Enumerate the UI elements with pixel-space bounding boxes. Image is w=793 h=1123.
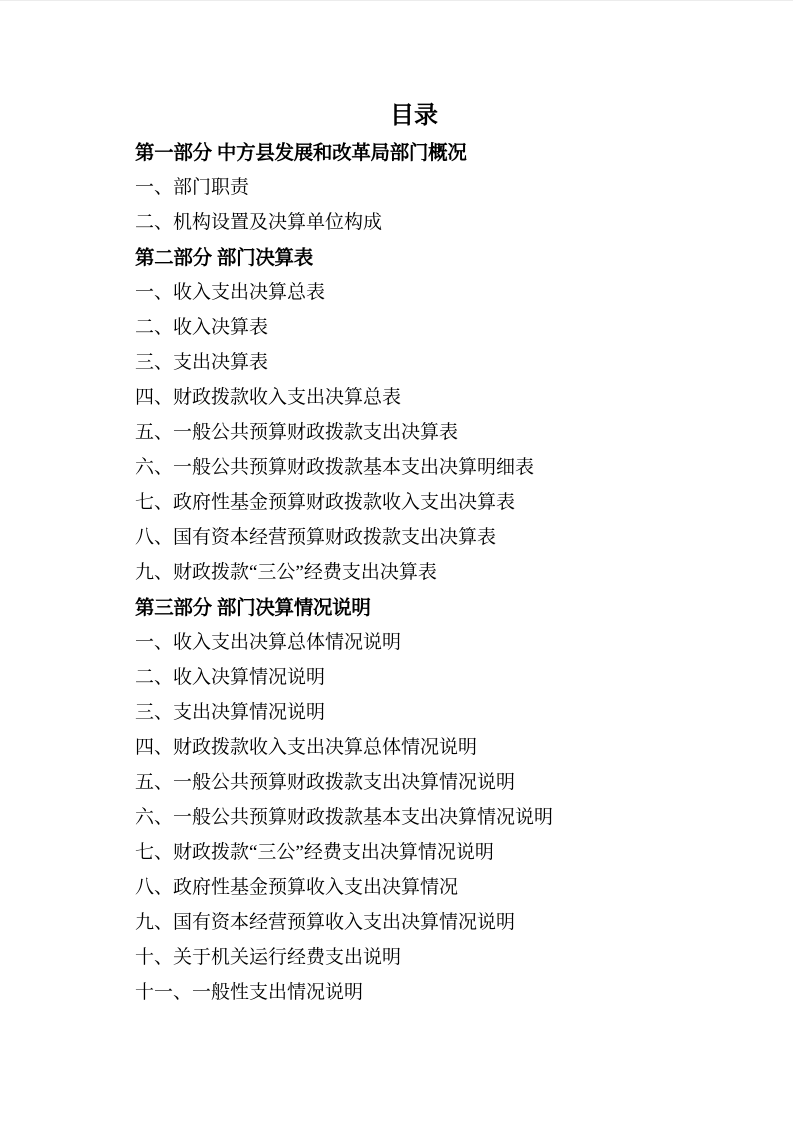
title-row: 目录: [135, 98, 693, 133]
toc-item: 十、关于机关运行经费支出说明: [135, 938, 693, 973]
toc-item: 三、支出决算情况说明: [135, 693, 693, 728]
toc-item: 三、支出决算表: [135, 343, 693, 378]
toc-section-1-heading: 第一部分 中方县发展和改革局部门概况: [135, 133, 693, 168]
toc-item: 六、一般公共预算财政拨款基本支出决算明细表: [135, 448, 693, 483]
toc-item: 九、财政拨款“三公”经费支出决算表: [135, 553, 693, 588]
toc-item: 二、收入决算情况说明: [135, 658, 693, 693]
page-title: 目录: [390, 104, 438, 128]
toc-item: 八、政府性基金预算收入支出决算情况: [135, 868, 693, 903]
toc-item: 八、国有资本经营预算财政拨款支出决算表: [135, 518, 693, 553]
toc-item: 五、一般公共预算财政拨款支出决算表: [135, 413, 693, 448]
toc-item: 二、机构设置及决算单位构成: [135, 203, 693, 238]
toc-item: 四、财政拨款收入支出决算总体情况说明: [135, 728, 693, 763]
toc-item: 十一、一般性支出情况说明: [135, 973, 693, 1008]
toc-item: 一、收入支出决算总体情况说明: [135, 623, 693, 658]
toc-section-2-heading: 第二部分 部门决算表: [135, 238, 693, 273]
toc-item: 七、政府性基金预算财政拨款收入支出决算表: [135, 483, 693, 518]
toc-item: 四、财政拨款收入支出决算总表: [135, 378, 693, 413]
toc-item: 一、收入支出决算总表: [135, 273, 693, 308]
toc-item: 五、一般公共预算财政拨款支出决算情况说明: [135, 763, 693, 798]
toc-item: 一、部门职责: [135, 168, 693, 203]
toc-item: 六、一般公共预算财政拨款基本支出决算情况说明: [135, 798, 693, 833]
document-page: 目录 第一部分 中方县发展和改革局部门概况 一、部门职责 二、机构设置及决算单位…: [0, 0, 793, 1123]
toc-section-3-heading: 第三部分 部门决算情况说明: [135, 588, 693, 623]
toc-content: 目录 第一部分 中方县发展和改革局部门概况 一、部门职责 二、机构设置及决算单位…: [135, 98, 693, 1008]
toc-item: 九、国有资本经营预算收入支出决算情况说明: [135, 903, 693, 938]
toc-item: 二、收入决算表: [135, 308, 693, 343]
toc-item: 七、财政拨款“三公”经费支出决算情况说明: [135, 833, 693, 868]
